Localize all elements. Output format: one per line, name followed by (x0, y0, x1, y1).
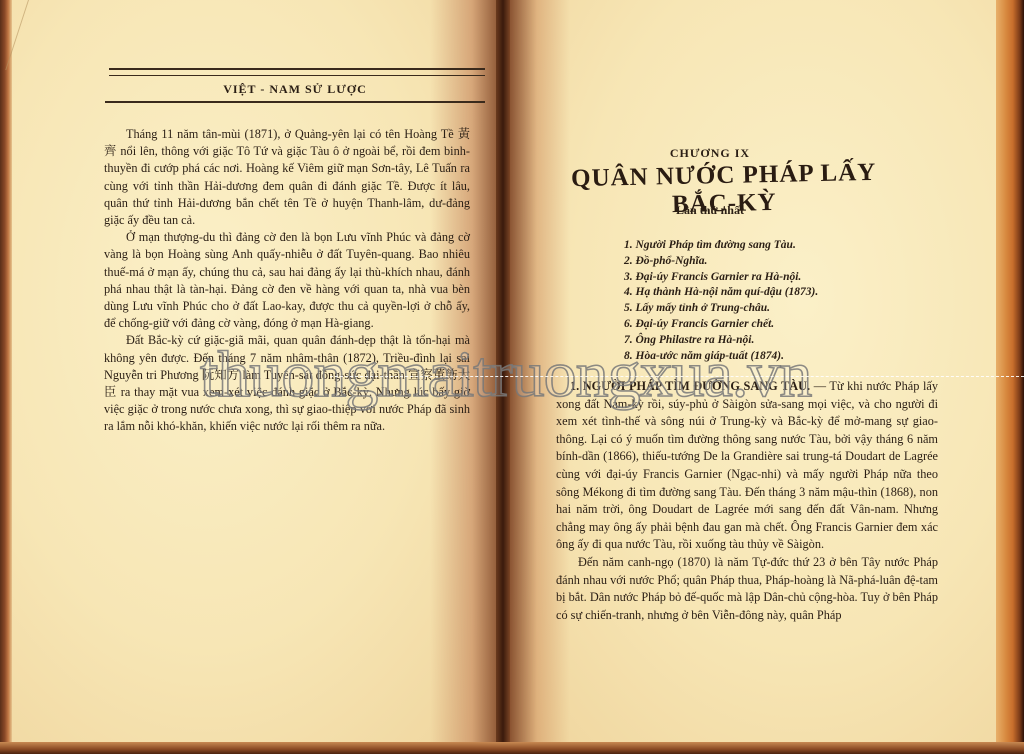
contents-item: 2. Đồ-phổ-Nghĩa. (624, 254, 864, 270)
chapter-subtitle: Lần thứ nhất (560, 203, 860, 218)
book-gutter (496, 0, 510, 754)
chapter-contents-list: 1. Người Pháp tìm đường sang Tàu. 2. Đồ-… (624, 238, 864, 364)
contents-item: 7. Ông Philastre ra Hà-nội. (624, 333, 864, 349)
running-title: VIỆT - NAM SỬ LƯỢC (105, 82, 485, 97)
book-left-edge (0, 0, 12, 754)
contents-item: 8. Hòa-ước năm giáp-tuất (1874). (624, 349, 864, 365)
running-header: VIỆT - NAM SỬ LƯỢC (105, 68, 485, 103)
open-book: VIỆT - NAM SỬ LƯỢC Tháng 11 năm tân-mùi … (0, 0, 1024, 754)
paragraph: Tháng 11 năm tân-mùi (1871), ở Quảng-yên… (104, 126, 470, 229)
left-page-body: Tháng 11 năm tân-mùi (1871), ở Quảng-yên… (104, 126, 470, 436)
contents-item: 3. Đại-úy Francis Garnier ra Hà-nội. (624, 270, 864, 286)
book-bottom-edge (0, 742, 1024, 754)
header-double-rule (109, 68, 485, 76)
chapter-number: CHƯƠNG IX (560, 146, 860, 161)
contents-item: 1. Người Pháp tìm đường sang Tàu. (624, 238, 864, 254)
contents-item: 6. Đại-úy Francis Garnier chết. (624, 317, 864, 333)
paragraph: Đất Bắc-kỳ cứ giặc-giã mãi, quan quân đá… (104, 332, 470, 435)
section-heading: 1. NGƯỜI PHÁP TÌM ĐƯỜNG SANG TÀU. (570, 379, 810, 393)
right-page-body: 1. NGƯỜI PHÁP TÌM ĐƯỜNG SANG TÀU. — Từ k… (556, 378, 938, 624)
paragraph: Đến năm canh-ngọ (1870) là năm Tự-đức th… (556, 554, 938, 624)
contents-item: 4. Hạ thành Hà-nội năm quí-dậu (1873). (624, 285, 864, 301)
section-text: — Từ khi nước Pháp lấy xong đất Nam-kỳ r… (556, 379, 938, 551)
contents-item: 5. Lấy mấy tỉnh ở Trung-châu. (624, 301, 864, 317)
right-page (510, 0, 998, 745)
paragraph: 1. NGƯỜI PHÁP TÌM ĐƯỜNG SANG TÀU. — Từ k… (556, 378, 938, 554)
book-right-edge (996, 0, 1024, 754)
paragraph: Ở mạn thượng-du thì đảng cờ đen là bọn L… (104, 229, 470, 332)
header-rule (105, 101, 485, 103)
